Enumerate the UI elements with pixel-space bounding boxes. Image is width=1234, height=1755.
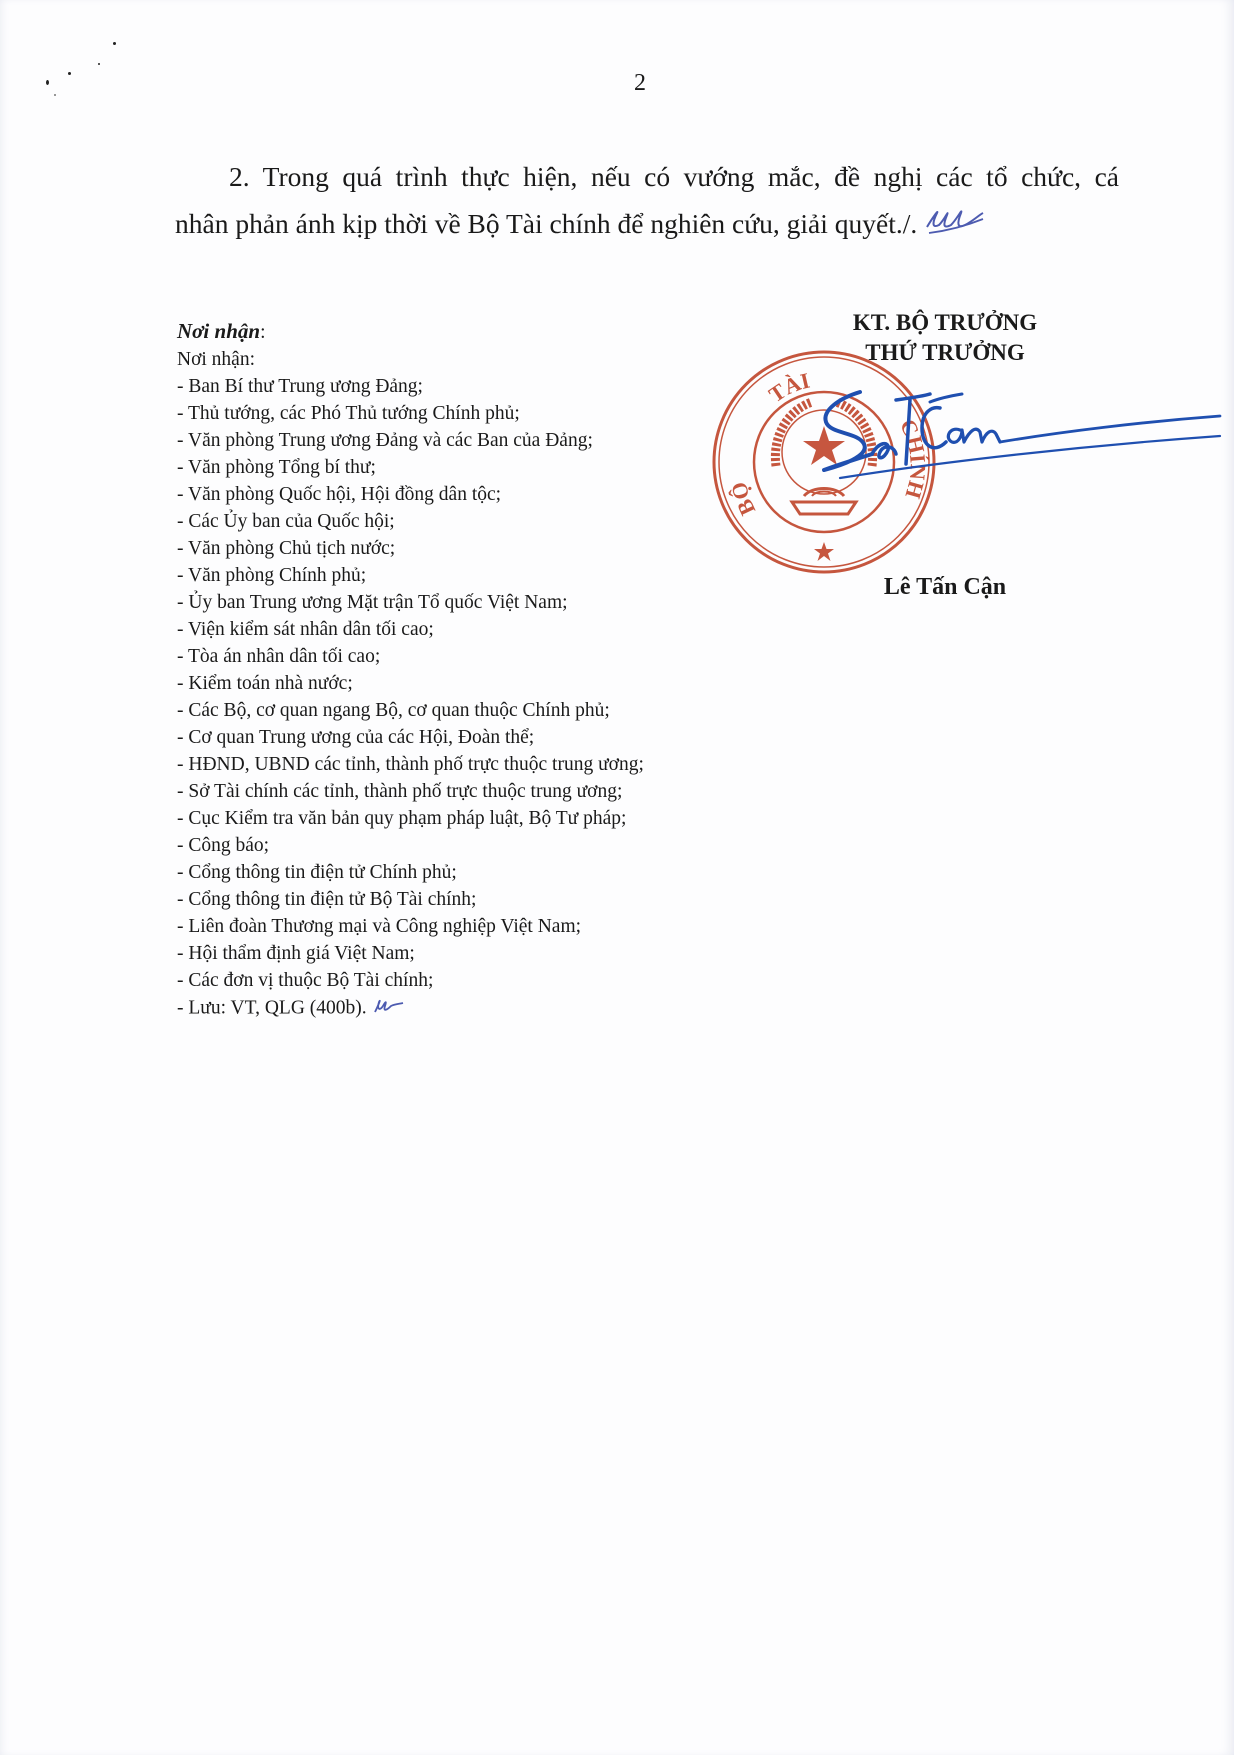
recipient-item: - Các Bộ, cơ quan ngang Bộ, cơ quan thuộ… [177, 697, 644, 724]
recipients-title: Nơi nhận [177, 319, 260, 343]
archive-note: - Lưu: VT, QLG (400b). [177, 994, 644, 1024]
recipient-item: - Ban Bí thư Trung ương Đảng; [177, 373, 644, 400]
recipient-item: - Liên đoàn Thương mại và Công nghiệp Vi… [177, 913, 644, 940]
initials-mark-icon [923, 203, 987, 251]
recipient-item: - Ủy ban Trung ương Mặt trận Tổ quốc Việ… [177, 589, 644, 616]
speck [68, 72, 71, 75]
speck [54, 94, 56, 96]
handwritten-signature-icon [800, 380, 1234, 495]
svg-text:BỘ: BỘ [726, 480, 761, 520]
recipient-item: - Tòa án nhân dân tối cao; [177, 643, 644, 670]
paragraph-line-1: 2. Trong quá trình thực hiện, nếu có vướ… [175, 153, 1119, 200]
recipient-item: - Kiểm toán nhà nước; [177, 670, 644, 697]
recipient-item: - Cổng thông tin điện tử Chính phủ; [177, 859, 644, 886]
page-number: 2 [634, 70, 646, 97]
recipient-item: - Văn phòng Quốc hội, Hội đồng dân tộc; [177, 481, 644, 508]
recipient-item: - Văn phòng Tổng bí thư; [177, 454, 644, 481]
recipient-item: - Cổng thông tin điện tử Bộ Tài chính; [177, 886, 644, 913]
recipient-item: - Văn phòng Chính phủ; [177, 562, 644, 589]
signer-title-line-1: KT. BỘ TRƯỞNG [800, 308, 1090, 338]
recipient-item: - Các Ủy ban của Quốc hội; [177, 508, 644, 535]
speck [98, 63, 100, 65]
recipient-item: - HĐND, UBND các tỉnh, thành phố trực th… [177, 751, 644, 778]
recipient-item: - Các đơn vị thuộc Bộ Tài chính; [177, 967, 644, 994]
closing-paragraph: 2. Trong quá trình thực hiện, nếu có vướ… [175, 153, 1119, 251]
initials-mark-icon [371, 994, 405, 1024]
recipient-item: - Văn phòng Trung ương Đảng và các Ban c… [177, 427, 644, 454]
recipient-item: - Thủ tướng, các Phó Thủ tướng Chính phủ… [177, 400, 644, 427]
recipients-block: Nơi nhận: Nơi nhận: - Ban Bí thư Trung ư… [177, 318, 644, 1024]
recipient-item: - Công báo; [177, 832, 644, 859]
recipients-title-colon: : [260, 322, 265, 343]
recipient-item: - Văn phòng Chủ tịch nước; [177, 535, 644, 562]
paragraph-line-2: nhân phản ánh kịp thời về Bộ Tài chính đ… [175, 200, 1119, 251]
recipient-item: - Hội thẩm định giá Việt Nam; [177, 940, 644, 967]
recipient-item: - Cơ quan Trung ương của các Hội, Đoàn t… [177, 724, 644, 751]
recipient-item: - Sở Tài chính các tỉnh, thành phố trực … [177, 778, 644, 805]
recipients-heading: Nơi nhận: [177, 318, 644, 346]
recipient-item: - Cục Kiểm tra văn bản quy phạm pháp luậ… [177, 805, 644, 832]
recipient-list: - Ban Bí thư Trung ương Đảng;- Thủ tướng… [177, 373, 644, 1024]
paragraph-line-2-text: nhân phản ánh kịp thời về Bộ Tài chính đ… [175, 208, 917, 239]
recipients-subtitle: Nơi nhận: [177, 346, 644, 373]
speck [113, 42, 116, 45]
speck [46, 80, 49, 85]
recipient-item: - Viện kiểm sát nhân dân tối cao; [177, 616, 644, 643]
signer-name: Lê Tấn Cận [860, 574, 1030, 601]
